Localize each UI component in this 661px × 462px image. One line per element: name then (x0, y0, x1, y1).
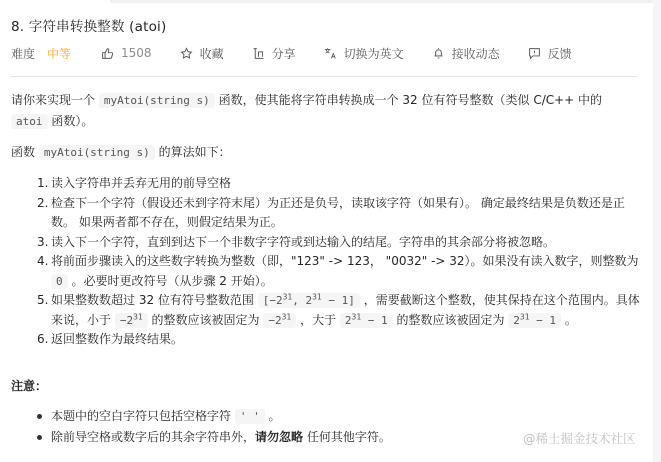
exponent: 31 (282, 312, 292, 321)
inline-code: myAtoi(string s) (99, 93, 215, 108)
step-item: 返回整数作为最终结果。 (51, 330, 641, 350)
share-icon (252, 47, 265, 60)
translate-icon (324, 47, 337, 60)
step-text: 返回整数作为最终结果。 (51, 332, 183, 346)
step-text: 。 (561, 313, 577, 327)
exponent: 31 (283, 292, 293, 301)
inline-code-range: [−231, 231 − 1] (258, 293, 360, 308)
header-divider (10, 76, 637, 77)
intro-paragraph: 请你来实现一个 myAtoi(string s) 函数，使其能将字符串转换成一个… (11, 90, 641, 132)
difficulty-badge: 中等 (47, 45, 71, 62)
step-text: 读入字符串并丢弃无用的前导空格 (51, 176, 231, 190)
text: 函数 (11, 145, 39, 159)
inline-code-max: 231 − 1 (340, 313, 393, 328)
text: −2 (268, 314, 281, 327)
text: 的算法如下： (155, 145, 231, 159)
feedback-label: 反馈 (548, 45, 572, 62)
exponent: 31 (520, 312, 530, 321)
text: [−2 (263, 294, 283, 307)
algorithm-intro: 函数 myAtoi(string s) 的算法如下： (11, 142, 231, 163)
text: − 1 (530, 314, 557, 327)
step-text: 。必要时更改符号（从步骤 2 开始）。 (68, 274, 273, 288)
inline-code: atoi (11, 114, 48, 129)
emphasis-text: 请勿忽略 (255, 430, 303, 444)
inline-code: ' ' (235, 409, 265, 424)
step-item: 如果整数数超过 32 位有符号整数范围 [−231, 231 − 1] ，需要截… (51, 291, 641, 330)
favorite-label: 收藏 (200, 45, 224, 62)
thumbs-up-icon (101, 47, 114, 60)
bell-icon (432, 47, 445, 60)
text: 2 (513, 314, 520, 327)
step-item: 检查下一个字符（假设还未到字符末尾）为正还是负号，读取该字符（如果有）。 确定最… (51, 194, 641, 233)
share-label: 分享 (272, 45, 296, 62)
problem-panel: 8. 字符串转换整数 (atoi) 难度 中等 1508 收藏 分享 切换为英文… (0, 0, 653, 462)
inline-code-min: −231 (115, 313, 148, 328)
step-item: 读入下一个字符，直到到达下一个非数字字符或到达输入的结尾。字符串的其余部分将被忽… (51, 233, 641, 253)
text: 请你来实现一个 (11, 93, 99, 107)
text: 2 (345, 314, 352, 327)
problem-title: 8. 字符串转换整数 (atoi) (11, 15, 166, 35)
step-item: 读入字符串并丢弃无用的前导空格 (51, 174, 641, 194)
note-text: 除前导空格或数字后的其余字符串外， (51, 430, 255, 444)
algorithm-steps: 读入字符串并丢弃无用的前导空格 检查下一个字符（假设还未到字符末尾）为正还是负号… (11, 174, 641, 350)
step-text: 读入下一个字符，直到到达下一个非数字字符或到达输入的结尾。字符串的其余部分将被忽… (51, 235, 555, 249)
note-item: 本题中的空白字符只包括空格字符 ' ' 。 (51, 406, 641, 427)
subscribe-label: 接收动态 (452, 45, 500, 62)
switch-language-label: 切换为英文 (344, 45, 404, 62)
text: , 2 (292, 294, 312, 307)
step-text: 的整数应该被固定为 (393, 313, 509, 327)
switch-language-button[interactable]: 切换为英文 (324, 45, 404, 62)
like-button[interactable]: 1508 (101, 46, 152, 60)
step-text: 检查下一个字符（假设还未到字符末尾）为正还是负号，读取该字符（如果有）。 确定最… (51, 196, 625, 230)
share-button[interactable]: 分享 (252, 45, 296, 62)
step-text: 如果整数数超过 32 位有符号整数范围 (51, 293, 258, 307)
feedback-icon (528, 47, 541, 60)
inline-code-max: 231 − 1 (508, 313, 561, 328)
exponent: 31 (312, 292, 322, 301)
note-text: 任何其他字符。 (303, 430, 391, 444)
step-text: ，大于 (296, 313, 340, 327)
text: 函数）。 (48, 114, 94, 128)
star-icon (180, 47, 193, 60)
scrollbar-track[interactable] (653, 0, 661, 462)
inline-code: 0 (51, 274, 68, 289)
text: −2 (120, 314, 133, 327)
feedback-button[interactable]: 反馈 (528, 45, 572, 62)
favorite-button[interactable]: 收藏 (180, 45, 224, 62)
watermark: @稀土掘金技术社区 (523, 429, 636, 447)
inline-code-min: −231 (263, 313, 296, 328)
like-count: 1508 (121, 46, 152, 60)
note-text: 本题中的空白字符只包括空格字符 (51, 409, 235, 423)
note-text: 。 (265, 409, 281, 423)
inline-code: myAtoi(string s) (39, 145, 155, 160)
step-text: 的整数应该被固定为 (148, 313, 264, 327)
exponent: 31 (352, 312, 362, 321)
text: − 1 (361, 314, 388, 327)
difficulty-label: 难度 (11, 45, 35, 62)
text: 函数，使其能将字符串转换成一个 32 位有符号整数（类似 C/C++ 中的 (215, 93, 602, 107)
notes-heading: 注意： (11, 376, 47, 396)
step-text: 将前面步骤读入的这些数字转换为整数（即，"123" -> 123， "0032"… (51, 254, 639, 268)
text: − 1] (322, 294, 355, 307)
problem-meta-bar: 难度 中等 1508 收藏 分享 切换为英文 接收动态 反馈 (11, 44, 600, 62)
step-item: 将前面步骤读入的这些数字转换为整数（即，"123" -> 123， "0032"… (51, 252, 641, 291)
subscribe-button[interactable]: 接收动态 (432, 45, 500, 62)
exponent: 31 (133, 312, 143, 321)
